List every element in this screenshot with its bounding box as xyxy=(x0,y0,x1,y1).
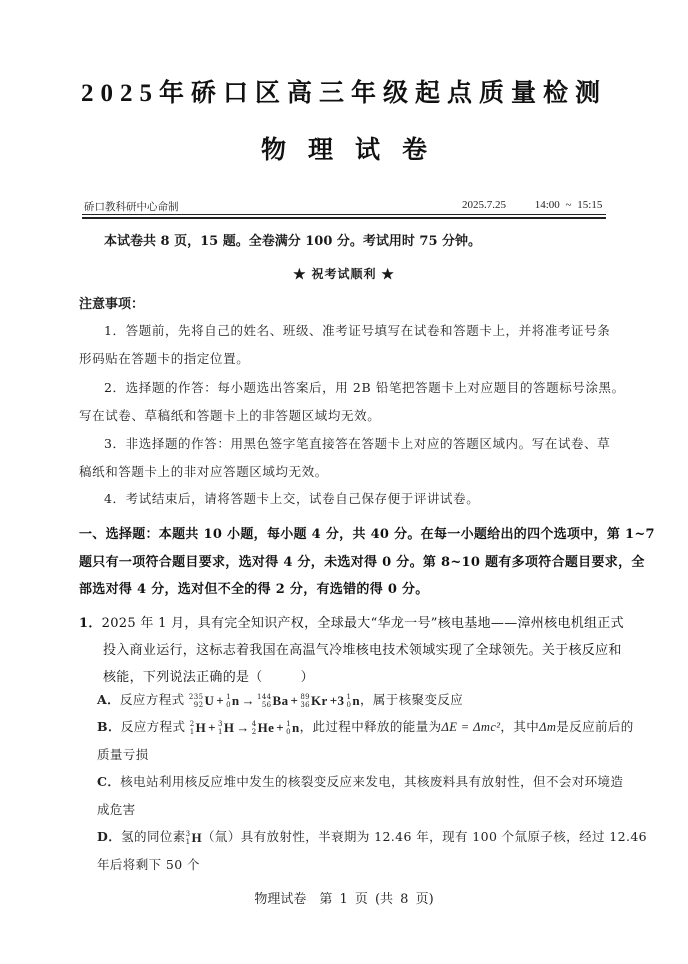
equation-a: 23592U+10n→14456Ba+8936Kr+310n xyxy=(189,693,360,709)
section-1-instructions-line2: 题只有一项符合题目要求，选对得 4 分，未选对得 0 分。第 8~10 题有多项… xyxy=(79,551,645,570)
option-c-line1: C．核电站利用核反应堆中发生的核裂变反应来发电，其核废料具有放射性，但不会对环境… xyxy=(97,772,623,790)
issuer-label: 硚口教科研中心命制 xyxy=(84,199,179,214)
exam-date: 2025.7.25 xyxy=(462,199,506,211)
note-1-line2: 形码贴在答题卡的指定位置。 xyxy=(79,349,249,367)
option-b-line2: 质量亏损 xyxy=(97,745,149,763)
operator: +3 xyxy=(330,693,345,709)
nuclide: 14456Ba xyxy=(257,693,289,709)
operator: + xyxy=(276,720,284,736)
header-rule-thin xyxy=(82,214,606,215)
note-2-line2: 写在试卷、草稿纸和答题卡上的非答题区域均无效。 xyxy=(79,406,380,424)
option-a: A．反应方程式 23592U+10n→14456Ba+8936Kr+310n，属… xyxy=(97,690,463,709)
operator: + xyxy=(216,693,224,709)
nuclide: 31H xyxy=(186,830,202,846)
question-1-stem-line2: 投入商业运行，这标志着我国在高温气冷堆核电技术领域实现了全球领先。关于核反应和 xyxy=(103,639,622,658)
nuclide: 21H xyxy=(190,720,206,736)
page-footer: 物理试卷 第 1 页 (共 8 页) xyxy=(0,888,688,907)
nuclide: 10n xyxy=(226,693,240,709)
equation-b: 21H+31H→42He+10n xyxy=(190,720,300,736)
section-1-instructions-line1: 一、选择题：本题共 10 小题，每小题 4 分，共 40 分。在每一小题给出的四… xyxy=(79,523,655,542)
operator: + xyxy=(291,693,299,709)
header-rule-thick xyxy=(82,217,606,219)
notes-heading: 注意事项： xyxy=(79,293,144,312)
operator: → xyxy=(236,720,249,736)
question-1-stem-line3: 核能，下列说法正确的是（） xyxy=(103,666,314,685)
exam-date-time: 2025.7.25 14:00 ~ 15:15 xyxy=(462,199,602,211)
nuclide: 10n xyxy=(286,720,300,736)
question-number: 1． xyxy=(79,616,102,631)
tritium-isotope: 31H xyxy=(186,830,202,846)
option-d-line2: 年后将剩下 50 个 xyxy=(97,855,200,873)
exam-intro: 本试卷共 8 页，15 题。全卷满分 100 分。考试用时 75 分钟。 xyxy=(104,230,481,249)
question-1-stem-line1: 1．2025 年 1 月，具有完全知识产权，全球最大“华龙一号”核电基地——漳州… xyxy=(79,612,624,631)
nuclide: 8936Kr xyxy=(300,693,327,709)
energy-formula: ΔE = Δmc² xyxy=(442,720,501,734)
exam-time: 14:00 ~ 15:15 xyxy=(535,199,603,211)
section-1-instructions-line3: 部选对得 4 分，选对但不全的得 2 分，有选错的得 0 分。 xyxy=(79,578,429,597)
exam-subject: 物理试卷 xyxy=(0,130,688,166)
option-c-line2: 成危害 xyxy=(97,800,136,818)
note-4-line1: 4．考试结束后，请将答题卡上交，试卷自己保存便于评讲试卷。 xyxy=(104,489,479,507)
nuclide: 23592U xyxy=(189,693,214,709)
good-luck-banner: ★ 祝考试顺利 ★ xyxy=(0,265,688,282)
note-3-line2: 稿纸和答题卡上的非对应答题区域均无效。 xyxy=(79,462,328,480)
operator: + xyxy=(208,720,216,736)
exam-title: 2025年硚口区高三年级起点质量检测 xyxy=(0,73,688,109)
operator: → xyxy=(242,693,255,709)
note-2-line1: 2．选择题的作答：每小题选出答案后，用 2B 铅笔把答题卡上对应题目的答题标号涂… xyxy=(104,378,625,396)
note-1-line1: 1．答题前，先将自己的姓名、班级、准考证号填写在试卷和答题卡上，并将准考证号条 xyxy=(104,321,610,339)
option-d-line1: D．氢的同位素31H（氚）具有放射性，半衰期为 12.46 年，现有 100 个… xyxy=(97,827,647,846)
nuclide: 31H xyxy=(218,720,234,736)
nuclide: 42He xyxy=(252,720,275,736)
note-3-line1: 3．非选择题的作答：用黑色签字笔直接答在答题卡上对应的答题区域内。写在试卷、草 xyxy=(104,434,610,452)
option-b-line1: B．反应方程式 21H+31H→42He+10n，此过程中释放的能量为ΔE = … xyxy=(97,717,634,736)
nuclide: 10n xyxy=(346,693,360,709)
